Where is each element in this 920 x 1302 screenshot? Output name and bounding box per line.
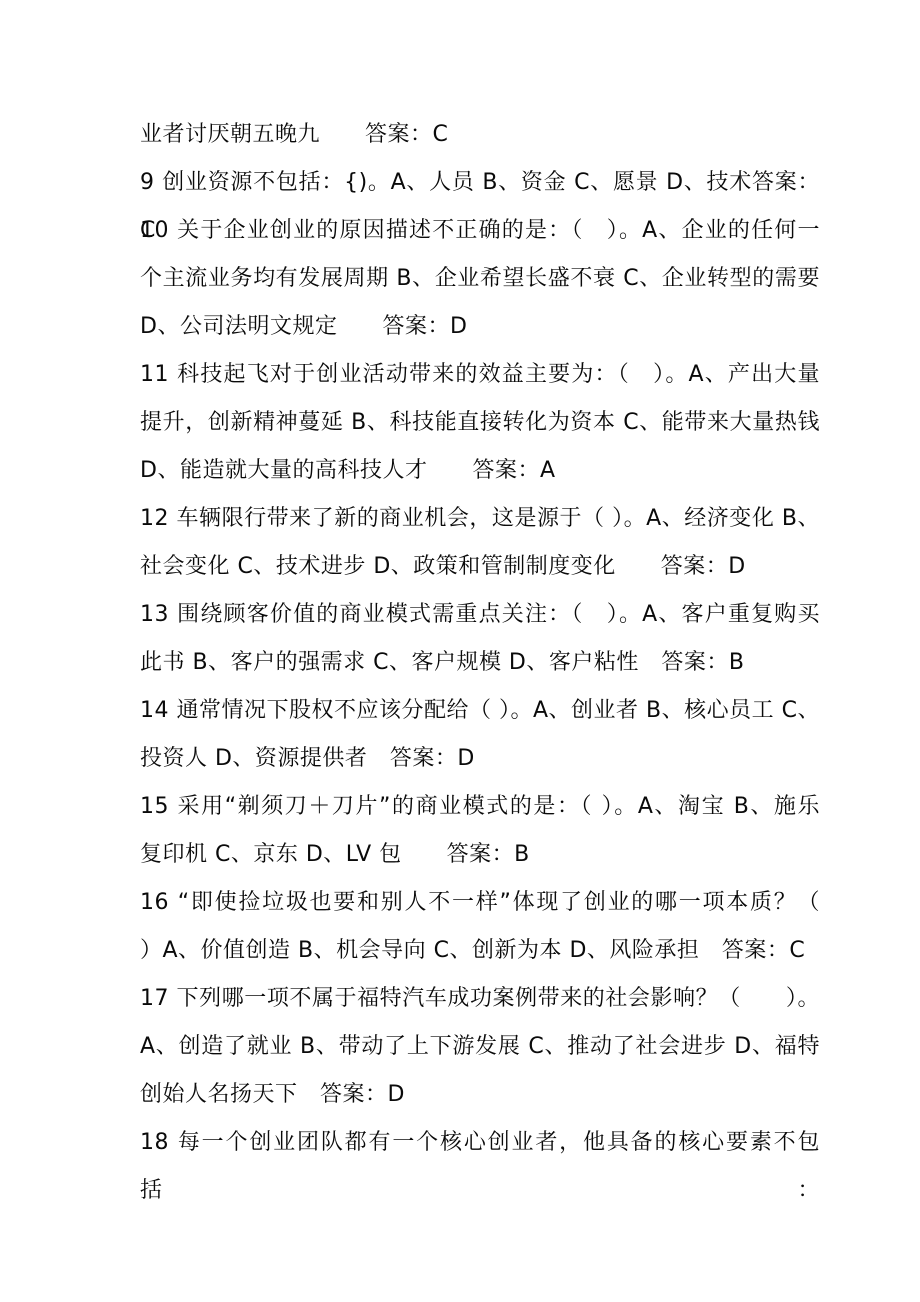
text-line: 11 科技起飞对于创业活动带来的效益主要为：（ ）。A、产出大量 xyxy=(140,351,820,399)
text-line: D、公司法明文规定 答案：D xyxy=(140,303,820,351)
text-line: 创始人名扬天下 答案：D xyxy=(140,1071,820,1119)
text-line: 投资人 D、资源提供者 答案：D xyxy=(140,735,820,783)
text-line: 业者讨厌朝五晚九 答案：C xyxy=(140,111,820,159)
text-line: 17 下列哪一项不属于福特汽车成功案例带来的社会影响？（ ）。 xyxy=(140,975,820,1023)
text-line: 10 关于企业创业的原因描述不正确的是：（ ）。A、企业的任何一 xyxy=(140,207,820,255)
text-line: A、创造了就业 B、带动了上下游发展 C、推动了社会进步 D、福特 xyxy=(140,1023,820,1071)
document-page: { "page": { "background_color": "#ffffff… xyxy=(0,0,920,1302)
text-line: 18 每一个创业团队都有一个核心创业者，他具备的核心要素不包括： xyxy=(140,1119,820,1167)
text-line: 此书 B、客户的强需求 C、客户规模 D、客户粘性 答案：B xyxy=(140,639,820,687)
text-line: 13 围绕顾客价值的商业模式需重点关注：（ ）。A、客户重复购买 xyxy=(140,591,820,639)
document-lines: 业者讨厌朝五晚九 答案：C9 创业资源不包括：{)。A、人员 B、资金 C、愿景… xyxy=(140,111,820,1167)
text-line: 16 “即使捡垃圾也要和别人不一样”体现了创业的哪一项本质？（ xyxy=(140,879,820,927)
text-line: 个主流业务均有发展周期 B、企业希望长盛不衰 C、企业转型的需要 xyxy=(140,255,820,303)
text-line: D、能造就大量的高科技人才 答案：A xyxy=(140,447,820,495)
text-line: 15 采用“剃须刀＋刀片”的商业模式的是：（ ）。A、淘宝 B、施乐 xyxy=(140,783,820,831)
text-line: 社会变化 C、技术进步 D、政策和管制制度变化 答案：D xyxy=(140,543,820,591)
text-line: 14 通常情况下股权不应该分配给（ ）。A、创业者 B、核心员工 C、 xyxy=(140,687,820,735)
page: 业者讨厌朝五晚九 答案：C9 创业资源不包括：{)。A、人员 B、资金 C、愿景… xyxy=(0,0,920,1302)
text-line: ）A、价值创造 B、机会导向 C、创新为本 D、风险承担 答案：C xyxy=(140,927,820,975)
text-line: 提升，创新精神蔓延 B、科技能直接转化为资本 C、能带来大量热钱 xyxy=(140,399,820,447)
text-line: 复印机 C、京东 D、LV 包 答案：B xyxy=(140,831,820,879)
text-line: 9 创业资源不包括：{)。A、人员 B、资金 C、愿景 D、技术答案：C xyxy=(140,159,820,207)
text-line: 12 车辆限行带来了新的商业机会，这是源于（ ）。A、经济变化 B、 xyxy=(140,495,820,543)
